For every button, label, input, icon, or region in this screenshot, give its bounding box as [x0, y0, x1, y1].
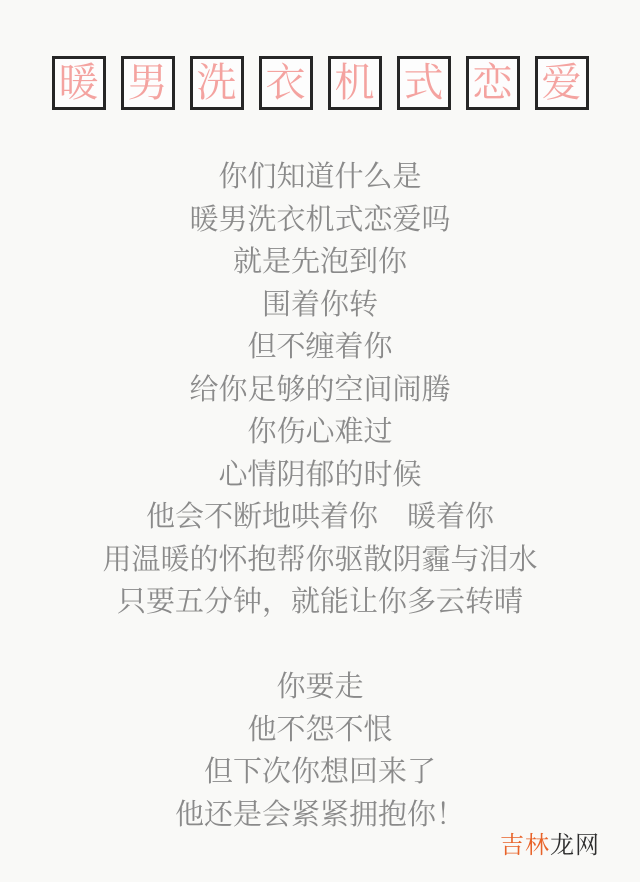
poem-line: 暖男洗衣机式恋爱吗	[0, 199, 640, 242]
title: 暖 男 洗 衣 机 式 恋 爱	[0, 56, 640, 110]
poem-line: 你们知道什么是	[0, 156, 640, 199]
watermark-text-accent: 吉林	[500, 832, 550, 859]
poem-line: 你要走	[0, 666, 640, 709]
poem-line: 他会不断地哄着你 暖着你	[0, 496, 640, 539]
title-char-box: 暖	[52, 56, 106, 110]
title-char-box: 恋	[466, 56, 520, 110]
poem-line: 但下次你想回来了	[0, 751, 640, 794]
watermark-text-dark: 龙网	[550, 832, 600, 859]
title-char-box: 机	[328, 56, 382, 110]
title-char-box: 爱	[535, 56, 589, 110]
poem-line: 但不缠着你	[0, 326, 640, 369]
poem-line: 他不怨不恨	[0, 709, 640, 752]
poem-line: 给你足够的空间闹腾	[0, 369, 640, 412]
title-char-box: 式	[397, 56, 451, 110]
poem-body: 你们知道什么是 暖男洗衣机式恋爱吗 就是先泡到你 围着你转 但不缠着你 给你足够…	[0, 156, 640, 836]
poem-line: 你伤心难过	[0, 411, 640, 454]
watermark-site-logo: 吉林龙网	[500, 825, 600, 860]
title-char-box: 衣	[259, 56, 313, 110]
poem-line: 围着你转	[0, 284, 640, 327]
poem-line: 只要五分钟，就能让你多云转晴	[0, 581, 640, 624]
poem-line: 就是先泡到你	[0, 241, 640, 284]
title-char-box: 男	[121, 56, 175, 110]
stanza-spacer	[0, 624, 640, 667]
title-char-box: 洗	[190, 56, 244, 110]
poem-line: 心情阴郁的时候	[0, 454, 640, 497]
poster-page: 暖 男 洗 衣 机 式 恋 爱 你们知道什么是 暖男洗衣机式恋爱吗 就是先泡到你…	[0, 0, 640, 882]
poem-line: 用温暖的怀抱帮你驱散阴霾与泪水	[0, 539, 640, 582]
